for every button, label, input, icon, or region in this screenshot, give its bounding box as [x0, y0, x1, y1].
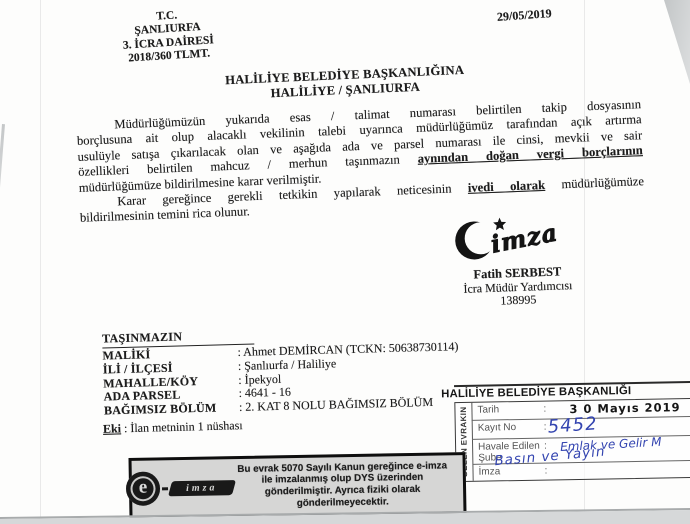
scan-streak — [40, 0, 41, 524]
e-signature-crescent-icon: imza — [449, 213, 583, 264]
stamp-label: Kayıt No — [478, 422, 544, 439]
e-imza-logo-word: imza — [186, 482, 218, 494]
e-signature-notice-box: e imza Bu evrak 5070 Sayılı Kanun gereği… — [128, 452, 466, 520]
body-line-text: müdürlüğümüze — [561, 174, 644, 191]
stamp-label: Tarih — [477, 404, 543, 420]
stamp-table: GELEN EVRAKIN Tarih : 3 0 Mayıs 2019 Kay… — [454, 398, 690, 483]
stamp-row-imza: İmza : — [472, 461, 690, 481]
signature-block: imza Fatih SERBEST İcra Müdür Yardımcısı… — [426, 212, 607, 311]
attachment-text: : İlan metninin 1 nüshası — [121, 418, 243, 435]
scanned-document-page: T.C. ŞANLIURFA 3. İCRA DAİRESİ 2018/360 … — [0, 0, 690, 524]
letter-body: Müdürlüğümüzün yukarıda esas / talimat n… — [76, 97, 645, 226]
e-imza-logo-circle: e — [126, 471, 161, 506]
attachment-label: Eki — [103, 421, 121, 435]
stamp-label: İmza — [478, 466, 544, 481]
stamp-colon: : — [544, 465, 554, 479]
e-imza-logo-icon: e imza — [132, 470, 229, 506]
e-imza-logo-letter: e — [139, 477, 148, 499]
e-signature-notice-text: Bu evrak 5070 Sayılı Kanun gereğince e-i… — [228, 460, 464, 510]
stamp-registry-number-handwriting: 5452 — [547, 413, 598, 437]
letterhead: T.C. ŞANLIURFA 3. İCRA DAİRESİ 2018/360 … — [87, 5, 250, 68]
e-imza-logo-pill: imza — [168, 480, 236, 496]
e-imza-logo-dash — [162, 487, 168, 490]
emphasized-phrase: ivedi olarak — [468, 178, 546, 195]
stamp-row-havale: Havale Edilen Şube : Emlak ve Gelir M Ba… — [472, 436, 690, 465]
stamp-rows: Tarih : 3 0 Mayıs 2019 Kayıt No : 5452 H… — [471, 399, 690, 481]
